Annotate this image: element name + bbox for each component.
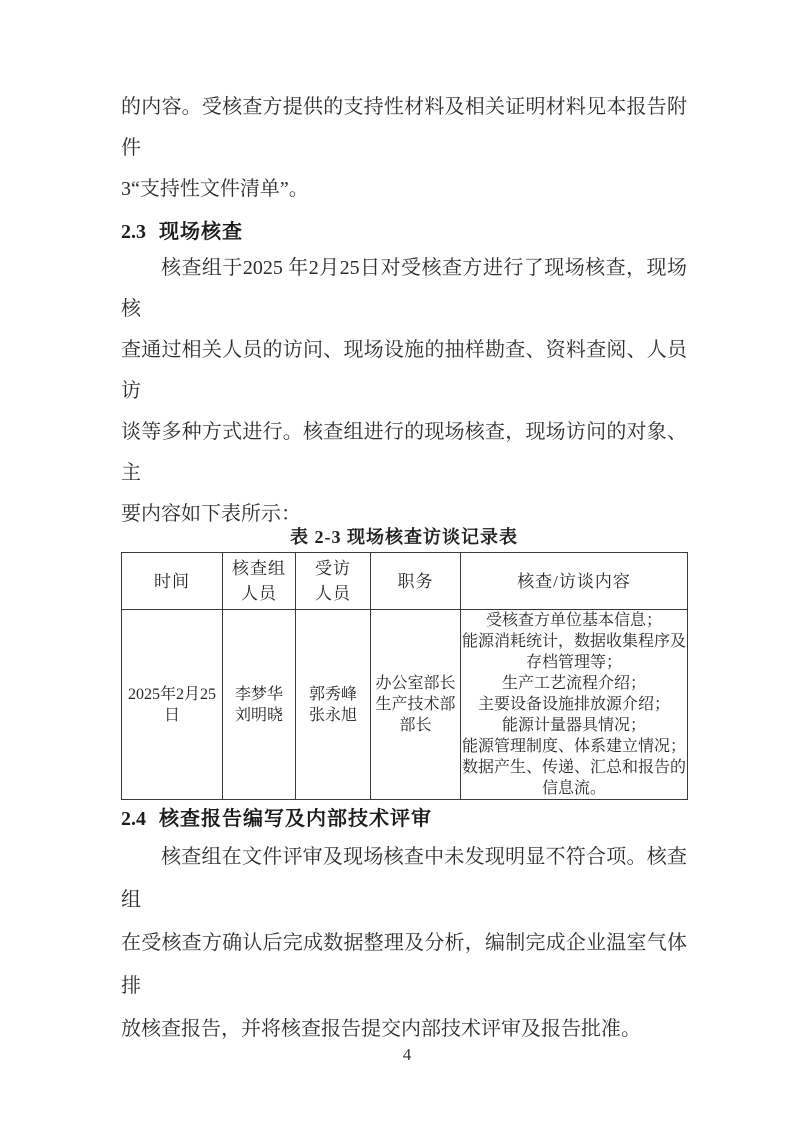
cell-interviewees: 郭秀峰张永旭 (296, 610, 371, 800)
interview-record-table: 时间 核查组人员 受访人员 职务 核查/访谈内容 2025年2月25日 李梦华刘… (121, 552, 688, 800)
paragraph-support-materials: 的内容。受核查方提供的支持性材料及相关证明材料见本报告附件3“支持性文件清单”。 (121, 87, 687, 210)
cell-time: 2025年2月25日 (122, 610, 223, 800)
page-number: 4 (0, 1045, 800, 1065)
column-header-time: 时间 (122, 553, 223, 610)
section-2-4-title: 核查报告编写及内部技术评审 (159, 808, 432, 830)
column-header-content: 核查/访谈内容 (461, 553, 688, 610)
section-heading-2-4: 2.4核查报告编写及内部技术评审 (121, 804, 687, 834)
paragraph-site-verification: 核查组于2025 年2月25日对受核查方进行了现场核查，现场核查通过相关人员的访… (121, 248, 687, 535)
table-header-row: 时间 核查组人员 受访人员 职务 核查/访谈内容 (122, 553, 688, 610)
paragraph-report-review: 核查组在文件评审及现场核查中未发现明显不符合项。核查组在受核查方确认后完成数据整… (121, 836, 687, 1051)
column-header-position: 职务 (371, 553, 461, 610)
page-content: 的内容。受核查方提供的支持性材料及相关证明材料见本报告附件3“支持性文件清单”。… (121, 87, 687, 1051)
cell-interview-content: 受核查方单位基本信息；能源消耗统计，数据收集程序及存档管理等；生产工艺流程介绍；… (461, 610, 688, 800)
column-header-interviewees: 受访人员 (296, 553, 371, 610)
section-2-3-number: 2.3 (121, 221, 146, 243)
table-row: 2025年2月25日 李梦华刘明晓 郭秀峰张永旭 办公室部长生产技术部部长 受核… (122, 610, 688, 800)
document-page: 的内容。受核查方提供的支持性材料及相关证明材料见本报告附件3“支持性文件清单”。… (0, 0, 800, 1132)
section-heading-2-3: 2.3现场核查 (121, 216, 687, 248)
cell-positions: 办公室部长生产技术部部长 (371, 610, 461, 800)
column-header-team-members: 核查组人员 (223, 553, 296, 610)
cell-team-members: 李梦华刘明晓 (223, 610, 296, 800)
section-2-4-number: 2.4 (121, 808, 146, 830)
section-2-3-title: 现场核查 (159, 221, 243, 243)
